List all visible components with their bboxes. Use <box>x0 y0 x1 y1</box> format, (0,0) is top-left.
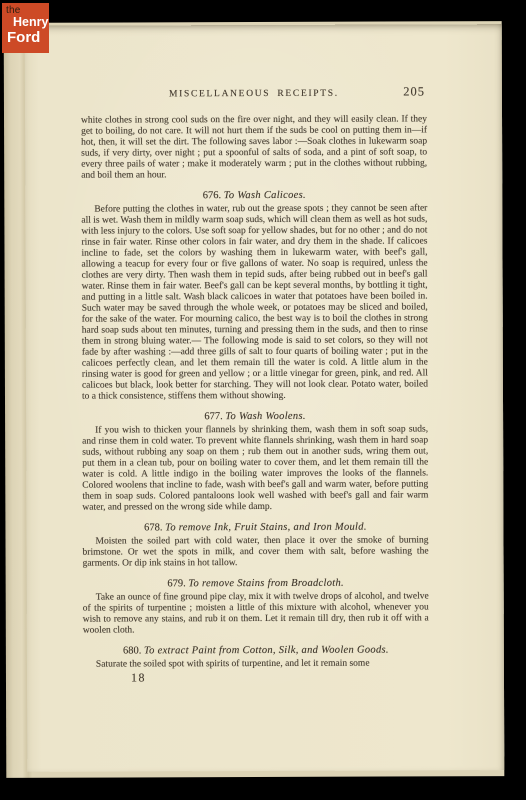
section-heading-676: 676. To Wash Calicoes. <box>81 188 427 202</box>
text-column: MISCELLANEOUS RECEIPTS. 205 white clothe… <box>81 88 429 683</box>
section-number: 679. <box>167 578 185 589</box>
page-number: 205 <box>403 86 425 97</box>
section-heading-677: 677. To Wash Woolens. <box>82 409 428 423</box>
logo-text-henry: Henry <box>13 15 48 29</box>
section-body-680: Saturate the soiled spot with spirits of… <box>83 658 429 670</box>
section-title: To remove Stains from Broadcloth. <box>188 578 344 590</box>
running-head: MISCELLANEOUS RECEIPTS. 205 <box>81 88 427 102</box>
section-number: 680. <box>123 645 141 656</box>
section-number: 677. <box>204 411 222 422</box>
section-title: To remove Ink, Fruit Stains, and Iron Mo… <box>165 522 367 534</box>
section-heading-678: 678. To remove Ink, Fruit Stains, and Ir… <box>82 520 428 534</box>
logo-text-ford: Ford <box>7 29 40 46</box>
section-heading-679: 679. To remove Stains from Broadcloth. <box>83 576 429 590</box>
henry-ford-logo-icon: the Henry Ford <box>2 3 49 53</box>
scanned-book-photo: MISCELLANEOUS RECEIPTS. 205 white clothe… <box>0 0 526 800</box>
section-body-677: If you wish to thicken your flannels by … <box>82 424 428 513</box>
section-number: 678. <box>144 522 162 533</box>
section-body-678: Moisten the soiled part with cold water,… <box>82 535 428 569</box>
section-number: 676. <box>203 190 221 201</box>
section-body-676: Before putting the clothes in water, rub… <box>81 203 428 402</box>
running-head-title: MISCELLANEOUS RECEIPTS. <box>169 89 339 100</box>
section-body-679: Take an ounce of fine ground pipe clay, … <box>83 591 429 636</box>
book-page: MISCELLANEOUS RECEIPTS. 205 white clothe… <box>25 24 505 772</box>
intro-paragraph: white clothes in strong cool suds on the… <box>81 114 427 181</box>
printer-signature-mark: 18 <box>131 671 429 683</box>
section-title: To Wash Woolens. <box>225 411 305 422</box>
section-title: To Wash Calicoes. <box>224 190 306 201</box>
section-title: To extract Paint from Cotton, Silk, and … <box>144 645 389 657</box>
section-heading-680: 680. To extract Paint from Cotton, Silk,… <box>83 643 429 657</box>
